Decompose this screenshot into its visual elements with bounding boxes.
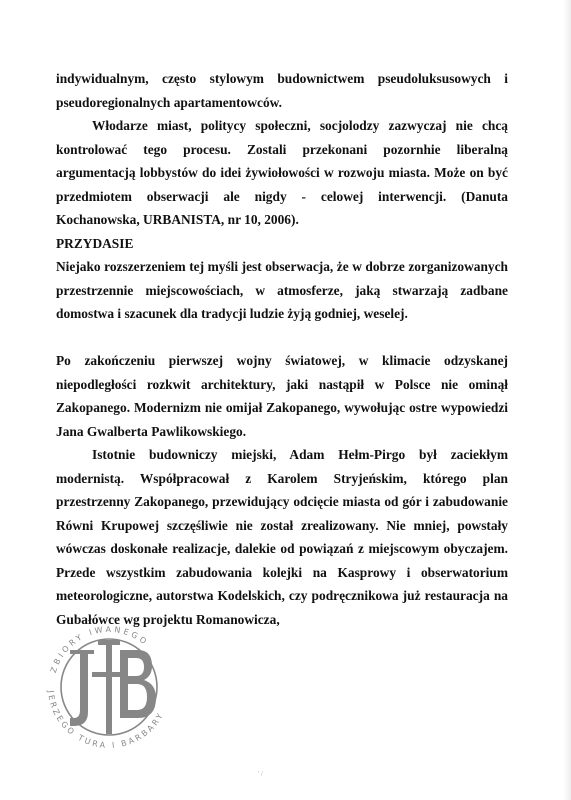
scan-speck: ' / [258, 770, 263, 778]
paragraph-helm-pirgo: Istotnie budowniczy miejski, Adam Hełm-P… [56, 443, 508, 631]
scan-edge-shadow [563, 0, 571, 800]
document-page: indywidualnym, często stylowym budownict… [0, 0, 571, 800]
collection-stamp: ZBIORY IWANEGO JERZEGO TURA I BARBARY [36, 614, 182, 760]
section-heading: PRZYDASIE [56, 232, 508, 256]
paragraph-modernism: Po zakończeniu pierwszej wojny światowej… [56, 349, 508, 443]
svg-text:JERZEGO TURA I BARBARY: JERZEGO TURA I BARBARY [46, 689, 166, 750]
paragraph-przydasie-intro: Niejako rozszerzeniem tej myśli jest obs… [56, 255, 508, 326]
document-body: indywidualnym, często stylowym budownict… [56, 67, 508, 631]
stamp-seal-icon: ZBIORY IWANEGO JERZEGO TURA I BARBARY [36, 614, 182, 760]
svg-text:ZBIORY IWANEGO: ZBIORY IWANEGO [49, 625, 150, 674]
paragraph-continuation: indywidualnym, często stylowym budownict… [56, 67, 508, 114]
paragraph-quote: Włodarze miast, politycy społeczni, socj… [56, 114, 508, 232]
